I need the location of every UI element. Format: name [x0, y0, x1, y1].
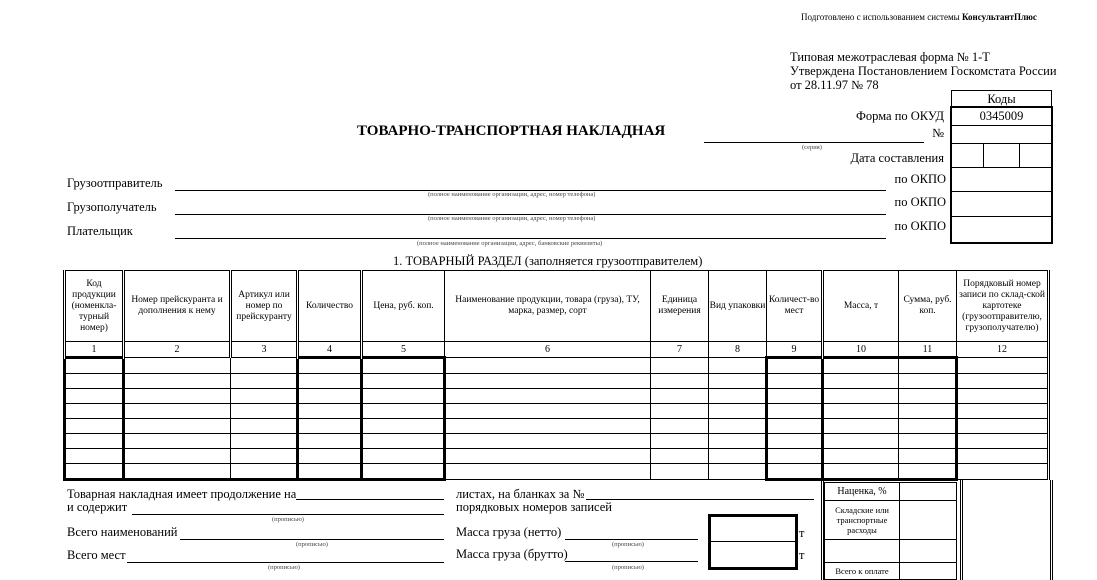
table-cell[interactable]: [362, 434, 445, 449]
table-cell[interactable]: [767, 419, 823, 434]
table-cell[interactable]: [823, 434, 899, 449]
table-cell[interactable]: [445, 434, 651, 449]
table-cell[interactable]: [899, 464, 957, 480]
date-label: Дата составления: [780, 151, 944, 166]
payer-label: Плательщик: [67, 224, 133, 239]
table-cell[interactable]: [124, 419, 231, 434]
table-cell[interactable]: [767, 404, 823, 419]
table-cell[interactable]: [124, 434, 231, 449]
column-header-2: Номер прейскуранта и дополнения к нему: [124, 271, 231, 342]
column-number-7: 7: [651, 342, 709, 358]
table-cell[interactable]: [899, 358, 957, 374]
form-type-line: Типовая межотраслевая форма № 1-Т: [790, 50, 1057, 64]
table-cell[interactable]: [899, 434, 957, 449]
okud-code[interactable]: 0345009: [952, 108, 1051, 126]
table-cell[interactable]: [65, 404, 124, 419]
table-cell[interactable]: [298, 358, 362, 374]
table-cell[interactable]: [231, 404, 298, 419]
table-cell[interactable]: [124, 374, 231, 389]
totals-right-frame: [957, 480, 1053, 580]
okpo-label-payer: по ОКПО: [850, 219, 946, 234]
table-cell[interactable]: [709, 434, 767, 449]
table-cell[interactable]: [651, 374, 709, 389]
table-cell[interactable]: [709, 464, 767, 480]
form-type-block: Типовая межотраслевая форма № 1-Т Утверж…: [790, 50, 1057, 92]
table-cell[interactable]: [124, 358, 231, 374]
table-cell[interactable]: [65, 374, 124, 389]
series-caption: (серия): [802, 144, 822, 151]
okpo-payer-code[interactable]: [952, 217, 1051, 242]
table-cell[interactable]: [709, 404, 767, 419]
table-cell[interactable]: [298, 464, 362, 480]
table-cell[interactable]: [899, 389, 957, 404]
continuation-sheets-input[interactable]: [296, 499, 444, 500]
codes-header: Коды: [951, 90, 1052, 107]
contains-caption: (прописью): [272, 516, 304, 523]
table-cell[interactable]: [651, 358, 709, 374]
date-divider: [983, 144, 984, 167]
column-number-5: 5: [362, 342, 445, 358]
table-row: [65, 419, 1049, 434]
table-cell[interactable]: [231, 419, 298, 434]
table-row: [65, 389, 1049, 404]
table-cell[interactable]: [957, 389, 1049, 404]
table-cell[interactable]: [298, 419, 362, 434]
table-cell[interactable]: [823, 404, 899, 419]
table-cell[interactable]: [957, 419, 1049, 434]
blanks-number-input[interactable]: [586, 499, 814, 500]
table-cell[interactable]: [298, 449, 362, 464]
table-cell[interactable]: [231, 434, 298, 449]
gross-mass-unit: т: [799, 548, 804, 563]
table-cell[interactable]: [709, 419, 767, 434]
column-header-11: Сумма, руб. коп.: [899, 271, 957, 342]
table-cell[interactable]: [362, 404, 445, 419]
table-cell[interactable]: [767, 358, 823, 374]
table-cell[interactable]: [231, 464, 298, 480]
column-number-8: 8: [709, 342, 767, 358]
column-header-7: Единица измерения: [651, 271, 709, 342]
table-cell[interactable]: [651, 404, 709, 419]
table-cell[interactable]: [362, 358, 445, 374]
total-places-input[interactable]: [127, 562, 444, 563]
column-header-4: Количество: [298, 271, 362, 342]
table-cell[interactable]: [709, 449, 767, 464]
table-row: [65, 358, 1049, 374]
series-input[interactable]: [704, 142, 924, 143]
column-number-2: 2: [124, 342, 231, 358]
shipper-caption: (полное наименование организации, адрес,…: [428, 191, 595, 198]
table-cell[interactable]: [298, 434, 362, 449]
total-places-caption: (прописью): [268, 564, 300, 571]
contains-input[interactable]: [132, 514, 444, 515]
consignee-caption: (полное наименование организации, адрес,…: [428, 215, 595, 222]
gross-mass-caption: (прописью): [612, 564, 644, 571]
table-row: [65, 449, 1049, 464]
net-mass-input[interactable]: [565, 539, 698, 540]
prepared-by-note: Подготовлено с использованием системы Ко…: [801, 12, 1037, 22]
column-header-3: Артикул или номер по прейскуранту: [231, 271, 298, 342]
date-divider: [1019, 144, 1020, 167]
table-cell[interactable]: [957, 434, 1049, 449]
table-cell[interactable]: [709, 358, 767, 374]
table-cell[interactable]: [65, 464, 124, 480]
table-cell[interactable]: [651, 464, 709, 480]
totals-frame: [821, 480, 963, 580]
prepared-by-text: Подготовлено с использованием системы: [801, 12, 962, 22]
table-cell[interactable]: [445, 404, 651, 419]
column-header-9: Количест-во мест: [767, 271, 823, 342]
okpo-consignee-code[interactable]: [952, 192, 1051, 217]
total-items-input[interactable]: [180, 539, 444, 540]
table-cell[interactable]: [899, 449, 957, 464]
table-cell[interactable]: [362, 389, 445, 404]
table-cell[interactable]: [651, 419, 709, 434]
table-cell[interactable]: [231, 374, 298, 389]
table-row: [65, 374, 1049, 389]
table-cell[interactable]: [362, 449, 445, 464]
table-row: [65, 434, 1049, 449]
table-cell[interactable]: [445, 449, 651, 464]
table-cell[interactable]: [957, 358, 1049, 374]
table-cell[interactable]: [709, 374, 767, 389]
column-header-10: Масса, т: [823, 271, 899, 342]
table-cell[interactable]: [823, 449, 899, 464]
table-cell[interactable]: [231, 358, 298, 374]
table-cell[interactable]: [823, 358, 899, 374]
column-header-6: Наименование продукции, товара (груза), …: [445, 271, 651, 342]
net-mass-unit: т: [799, 526, 804, 541]
column-header-8: Вид упаковки: [709, 271, 767, 342]
table-cell[interactable]: [767, 449, 823, 464]
table-cell[interactable]: [124, 464, 231, 480]
column-number-3: 3: [231, 342, 298, 358]
table-cell[interactable]: [899, 404, 957, 419]
section-title: 1. ТОВАРНЫЙ РАЗДЕЛ (заполняется грузоотп…: [393, 254, 702, 269]
column-number-10: 10: [823, 342, 899, 358]
table-cell[interactable]: [65, 434, 124, 449]
table-cell[interactable]: [124, 389, 231, 404]
number-label: №: [880, 126, 944, 141]
gross-mass-label: Масса груза (брутто): [456, 547, 568, 562]
table-cell[interactable]: [709, 389, 767, 404]
okpo-label-shipper: по ОКПО: [850, 172, 946, 187]
column-number-12: 12: [957, 342, 1049, 358]
table-cell[interactable]: [823, 419, 899, 434]
brand-text: КонсультантПлюс: [962, 12, 1037, 22]
gross-mass-input[interactable]: [565, 561, 698, 562]
table-cell[interactable]: [124, 404, 231, 419]
table-cell[interactable]: [445, 389, 651, 404]
table-row: [65, 464, 1049, 480]
number-code[interactable]: [952, 126, 1051, 144]
table-cell[interactable]: [899, 374, 957, 389]
table-cell[interactable]: [362, 419, 445, 434]
table-cell[interactable]: [445, 464, 651, 480]
table-cell[interactable]: [823, 374, 899, 389]
table-cell[interactable]: [767, 389, 823, 404]
net-mass-caption: (прописью): [612, 541, 644, 548]
total-places-label: Всего мест: [67, 548, 126, 563]
table-cell[interactable]: [362, 374, 445, 389]
table-cell[interactable]: [65, 358, 124, 374]
table-cell[interactable]: [445, 419, 651, 434]
okud-label: Форма по ОКУД: [780, 109, 944, 124]
contains-label: и содержит: [67, 500, 127, 515]
net-mass-label: Масса груза (нетто): [456, 525, 561, 540]
table-row: [65, 404, 1049, 419]
table-cell[interactable]: [651, 434, 709, 449]
records-label: порядковых номеров записей: [456, 500, 612, 515]
table-cell[interactable]: [651, 449, 709, 464]
column-number-6: 6: [445, 342, 651, 358]
shipper-label: Грузоотправитель: [67, 176, 162, 191]
column-number-1: 1: [65, 342, 124, 358]
table-cell[interactable]: [957, 404, 1049, 419]
table-cell[interactable]: [823, 464, 899, 480]
table-cell[interactable]: [65, 449, 124, 464]
document-title: ТОВАРНО-ТРАНСПОРТНАЯ НАКЛАДНАЯ: [357, 123, 665, 140]
table-cell[interactable]: [231, 449, 298, 464]
column-number-9: 9: [767, 342, 823, 358]
table-cell[interactable]: [124, 449, 231, 464]
column-header-12: Порядковый номер записи по склад-ской ка…: [957, 271, 1049, 342]
table-cell[interactable]: [767, 464, 823, 480]
total-items-label: Всего наименований: [67, 525, 177, 540]
okpo-shipper-code[interactable]: [952, 168, 1051, 192]
total-items-caption: (прописью): [296, 541, 328, 548]
table-cell[interactable]: [445, 374, 651, 389]
consignee-label: Грузополучатель: [67, 200, 157, 215]
codes-box: 0345009: [950, 106, 1053, 244]
table-cell[interactable]: [362, 464, 445, 480]
column-number-4: 4: [298, 342, 362, 358]
table-cell[interactable]: [65, 419, 124, 434]
table-cell[interactable]: [298, 404, 362, 419]
table-cell[interactable]: [298, 389, 362, 404]
column-header-1: Код продукции (номенкла-турный номер): [65, 271, 124, 342]
table-cell[interactable]: [957, 374, 1049, 389]
okpo-label-consignee: по ОКПО: [850, 195, 946, 210]
table-cell[interactable]: [957, 449, 1049, 464]
goods-table: Код продукции (номенкла-турный номер)Ном…: [63, 270, 1050, 481]
table-cell[interactable]: [899, 419, 957, 434]
table-cell[interactable]: [767, 434, 823, 449]
table-cell[interactable]: [957, 464, 1049, 480]
table-cell[interactable]: [65, 389, 124, 404]
table-cell[interactable]: [823, 389, 899, 404]
date-code[interactable]: [952, 144, 1051, 168]
table-cell[interactable]: [767, 374, 823, 389]
form-approval-line: Утверждена Постановлением Госкомстата Ро…: [790, 64, 1057, 78]
payer-caption: (полное наименование организации, адрес,…: [417, 240, 602, 247]
payer-input[interactable]: [175, 238, 886, 239]
table-cell[interactable]: [445, 358, 651, 374]
table-cell[interactable]: [298, 374, 362, 389]
table-cell[interactable]: [651, 389, 709, 404]
column-number-11: 11: [899, 342, 957, 358]
mass-value-box[interactable]: [708, 514, 798, 570]
table-cell[interactable]: [231, 389, 298, 404]
column-header-5: Цена, руб. коп.: [362, 271, 445, 342]
